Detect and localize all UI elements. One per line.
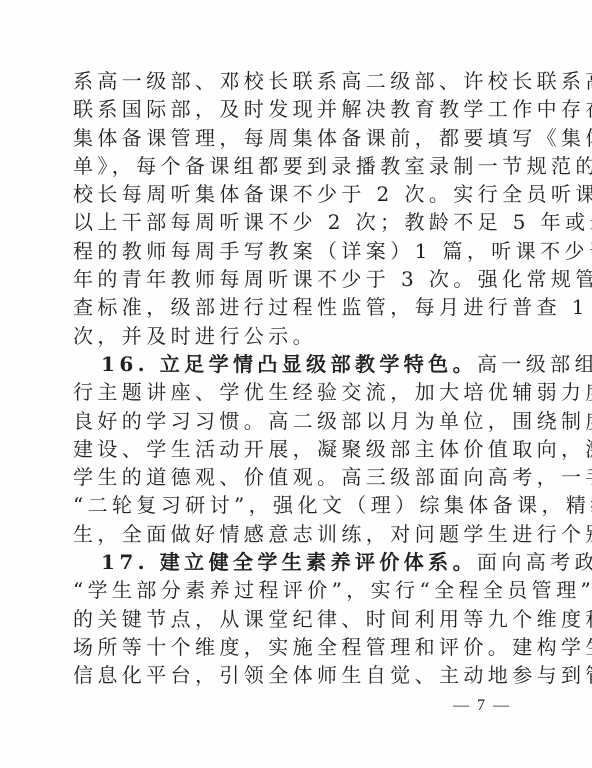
text-line: 生，全面做好情感意志训练，对问题学生进行个别心理疏导。: [73, 520, 519, 548]
body-text: 系高一级部、邓校长联系高二级部、许校长联系高三级部、王校长 联系国际部，及时发现…: [73, 67, 519, 690]
section-16-first-line: 16. 立足学情凸显级部教学特色。高一级部组织备课组长进: [73, 350, 519, 378]
section-16-heading: 立足学情凸显级部教学特色。: [160, 352, 477, 376]
section-17-heading: 建立健全学生素养评价体系。: [160, 550, 477, 574]
text-line: 次，并及时进行公示。: [73, 322, 519, 350]
text-line: 良好的学习习惯。高二级部以月为单位，围绕制度建设、教师团队: [73, 407, 519, 435]
text-line: 以上干部每周听课不少 2 次；教龄不足 5 年或未教过一轮高中课: [73, 208, 519, 236]
text-line: 查标准，级部进行过程性监管，每月进行普查 1 次、抽查不少于 2: [73, 293, 519, 321]
text-line: 建设、学生活动开展，凝聚级部主体价值取向，激发学生活力，内化: [73, 435, 519, 463]
text-line: “学生部分素养过程评价”，实行“全程全员管理”。解构学生发展: [73, 576, 519, 604]
section-17-text: 面向高考政策变化，探索: [477, 550, 592, 574]
text-line: 场所等十个维度，实施全程管理和评价。建构学生信息素养评价: [73, 633, 519, 661]
text-line: 系高一级部、邓校长联系高二级部、许校长联系高三级部、王校长: [73, 67, 519, 95]
text-line: 单》，每个备课组都要到录播教室录制一节规范的集体备课，每位: [73, 152, 519, 180]
section-16-number: 16.: [101, 352, 149, 376]
section-17-first-line: 17. 建立健全学生素养评价体系。面向高考政策变化，探索: [73, 548, 519, 576]
text-line: 程的教师每周手写教案（详案）1 篇，听课不少于 2 次；教龄不足 1: [73, 237, 519, 265]
text-line: 年的青年教师每周听课不少于 3 次。强化常规管理，制订常规检: [73, 265, 519, 293]
section-17-number: 17.: [101, 550, 149, 574]
text-line: 信息化平台，引领全体师生自觉、主动地参与到管理中来，为学科: [73, 661, 519, 689]
text-line: 行主题讲座、学优生经验交流，加大培优辅弱力度，帮助学生养成: [73, 378, 519, 406]
text-line: “二轮复习研讨”，强化文（理）综集体备课，精练精讲；一手抓学: [73, 491, 519, 519]
text-line: 集体备课管理，每周集体备课前，都要填写《集体备课预案提交: [73, 124, 519, 152]
page-number: — 7 —: [453, 697, 511, 715]
document-page: 系高一级部、邓校长联系高二级部、许校长联系高三级部、王校长 联系国际部，及时发现…: [0, 0, 592, 768]
text-line: 校长每周听集体备课不少于 2 次。实行全员听课制度，每位中层: [73, 180, 519, 208]
text-line: 学生的道德观、价值观。高三级部面向高考，一手抓教师，组织: [73, 463, 519, 491]
text-line: 联系国际部，及时发现并解决教育教学工作中存在的问题。强化: [73, 95, 519, 123]
text-line: 的关键节点，从课堂纪律、时间利用等九个维度和卫生习惯、公共: [73, 605, 519, 633]
section-16-text: 高一级部组织备课组长进: [477, 352, 592, 376]
